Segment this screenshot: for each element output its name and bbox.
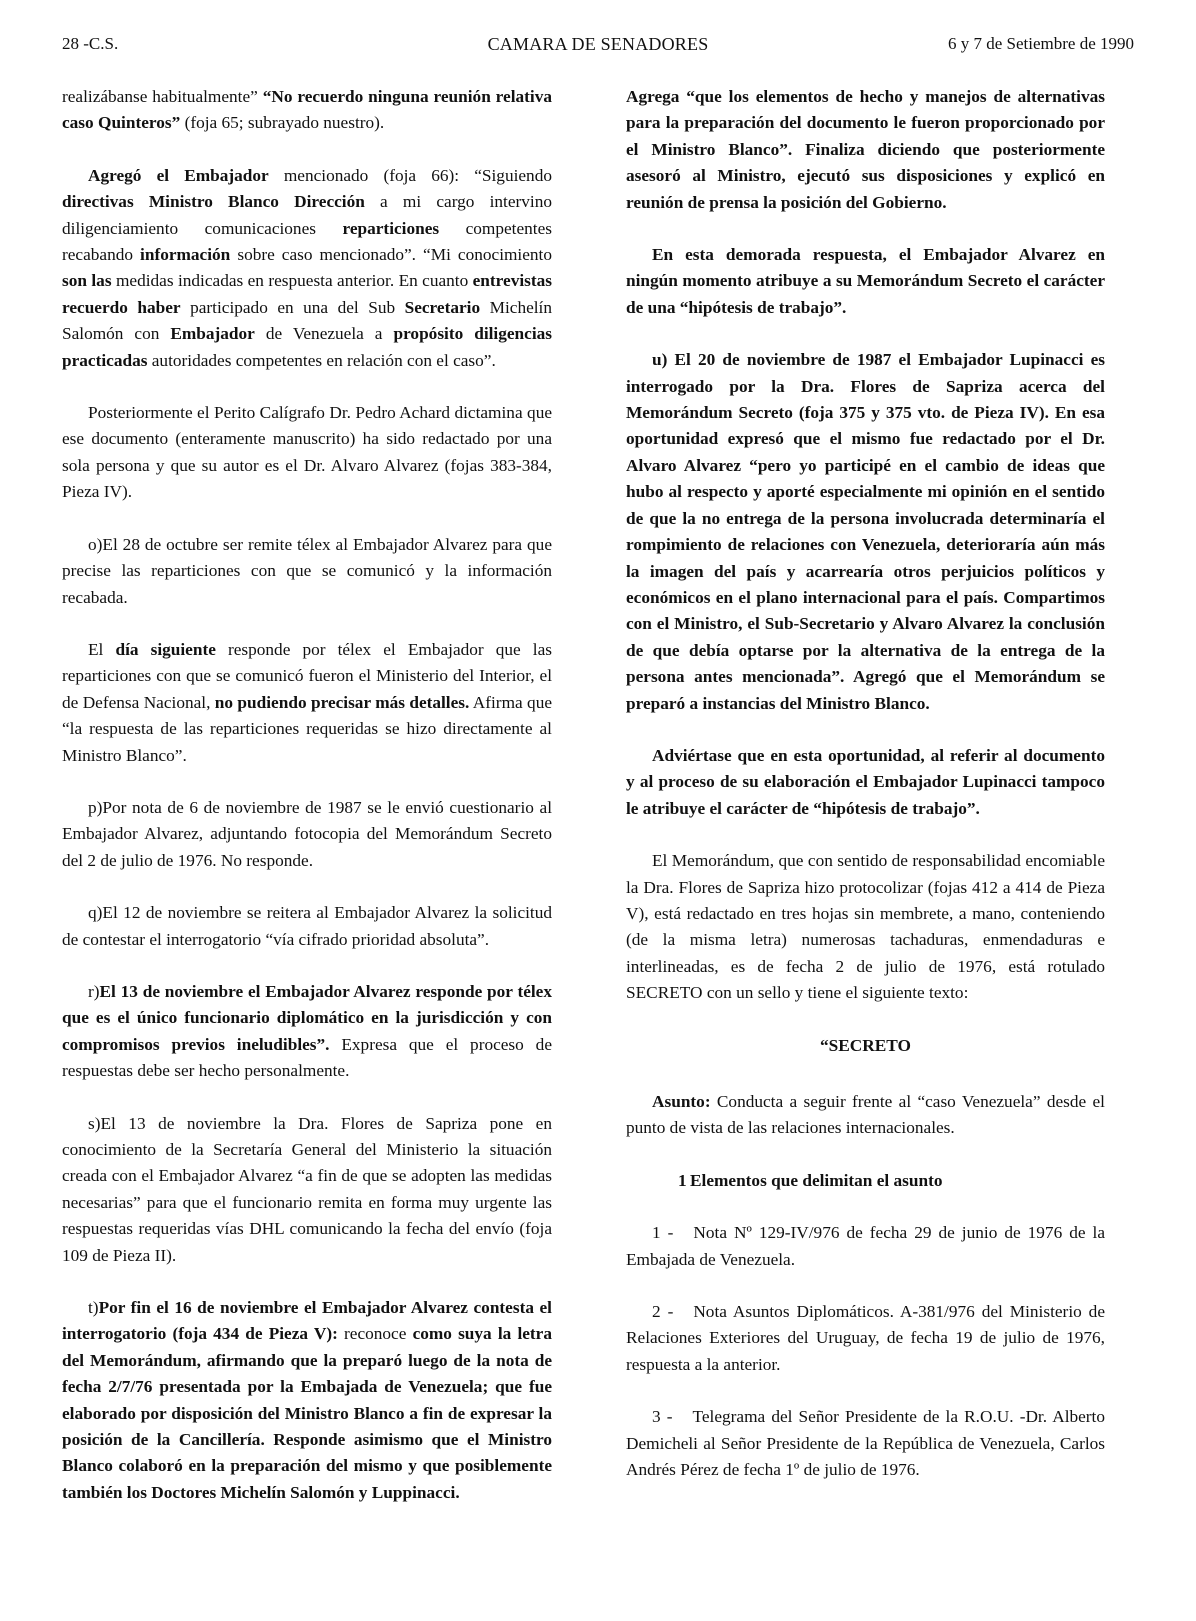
bold-text: Embajador <box>170 324 255 343</box>
document-item-list: 1 -Nota Nº 129-IV/976 de fecha 29 de jun… <box>626 1220 1105 1483</box>
item-text: Nota Asuntos Diplomáticos. A-381/976 del… <box>626 1302 1105 1374</box>
text: reconoce <box>338 1324 413 1343</box>
right-paragraphs: Agrega “que los elementos de hecho y man… <box>626 84 1105 1007</box>
text: q)El 12 de noviembre se reitera al Embaj… <box>62 903 552 948</box>
bold-text: En esta demorada respuesta, el Embajador… <box>626 245 1105 317</box>
bold-text: Agregó el Embajador <box>88 166 269 185</box>
document-item: 3 -Telegrama del Señor Presidente de la … <box>626 1404 1105 1483</box>
text: El Memorándum, que con sentido de respon… <box>626 851 1105 1002</box>
session-date: 6 y 7 de Setiembre de 1990 <box>948 34 1134 54</box>
secreto-heading: “SECRETO <box>626 1033 1105 1059</box>
bold-text: reparticiones <box>342 219 439 238</box>
asunto-label: Asunto: <box>652 1092 711 1111</box>
text: s)El 13 de noviembre la Dra. Flores de S… <box>62 1114 552 1265</box>
bold-text: no pudiendo precisar más detalles. <box>215 693 470 712</box>
text: r) <box>88 982 100 1001</box>
text: Posteriormente el Perito Calígrafo Dr. P… <box>62 403 552 501</box>
paragraph: u) El 20 de noviembre de 1987 el Embajad… <box>626 347 1105 717</box>
text: de Venezuela a <box>255 324 394 343</box>
text: t) <box>88 1298 99 1317</box>
bold-text: Agrega “que los elementos de hecho y man… <box>626 87 1105 212</box>
item-number: 1 - <box>652 1223 673 1242</box>
bold-text: día siguiente <box>115 640 215 659</box>
text: medidas indicadas en respuesta anterior.… <box>112 271 473 290</box>
bold-text: u) El 20 de noviembre de 1987 el Embajad… <box>626 350 1105 712</box>
text: El <box>88 640 115 659</box>
paragraph: s)El 13 de noviembre la Dra. Flores de S… <box>62 1111 552 1269</box>
asunto-paragraph: Asunto: Conducta a seguir frente al “cas… <box>626 1089 1105 1142</box>
document-item: 1 -Nota Nº 129-IV/976 de fecha 29 de jun… <box>626 1220 1105 1273</box>
paragraph: En esta demorada respuesta, el Embajador… <box>626 242 1105 321</box>
text: p)Por nota de 6 de noviembre de 1987 se … <box>62 798 552 870</box>
text: o)El 28 de octubre ser remite télex al E… <box>62 535 552 607</box>
paragraph: El Memorándum, que con sentido de respon… <box>626 848 1105 1006</box>
section-heading: 1Elementos que delimitan el asunto <box>626 1168 1105 1194</box>
item-number: 2 - <box>652 1302 673 1321</box>
document-item: 2 -Nota Asuntos Diplomáticos. A-381/976 … <box>626 1299 1105 1378</box>
paragraph: realizábanse habitualmente” “No recuerdo… <box>62 84 552 137</box>
text: sobre caso mencionado”. “Mi conocimiento <box>230 245 552 264</box>
bold-text: Adviértase que en esta oportunidad, al r… <box>626 746 1105 818</box>
paragraph: o)El 28 de octubre ser remite télex al E… <box>62 532 552 611</box>
paragraph: Adviértase que en esta oportunidad, al r… <box>626 743 1105 822</box>
text: participado en una del Sub <box>181 298 405 317</box>
bold-text: como suya la letra del Memorándum, afirm… <box>62 1324 552 1501</box>
text: (foja 65; subrayado nuestro). <box>180 113 384 132</box>
paragraph: Agregó el Embajador mencionado (foja 66)… <box>62 163 552 374</box>
paragraph: r)El 13 de noviembre el Embajador Alvare… <box>62 979 552 1085</box>
left-column: realizábanse habitualmente” “No recuerdo… <box>62 84 552 1532</box>
paragraph: t)Por fin el 16 de noviembre el Embajado… <box>62 1295 552 1506</box>
bold-text: Secretario <box>405 298 481 317</box>
text: mencionado (foja 66): “Siguiendo <box>269 166 552 185</box>
paragraph: El día siguiente responde por télex el E… <box>62 637 552 769</box>
item-text: Nota Nº 129-IV/976 de fecha 29 de junio … <box>626 1223 1105 1268</box>
section-title: Elementos que delimitan el asunto <box>690 1171 943 1190</box>
bold-text: información <box>140 245 230 264</box>
paragraph: q)El 12 de noviembre se reitera al Embaj… <box>62 900 552 953</box>
text: autoridades competentes en relación con … <box>147 351 495 370</box>
right-column: Agrega “que los elementos de hecho y man… <box>626 84 1105 1509</box>
bold-text: son las <box>62 271 112 290</box>
paragraph: Agrega “que los elementos de hecho y man… <box>626 84 1105 216</box>
bold-text: directivas Ministro Blanco Dirección <box>62 192 365 211</box>
item-text: Telegrama del Señor Presidente de la R.O… <box>626 1407 1105 1479</box>
item-number: 3 - <box>652 1407 673 1426</box>
page-header: 28 -C.S. CAMARA DE SENADORES 6 y 7 de Se… <box>0 34 1196 64</box>
text: realizábanse habitualmente” <box>62 87 263 106</box>
paragraph: p)Por nota de 6 de noviembre de 1987 se … <box>62 795 552 874</box>
paragraph: Posteriormente el Perito Calígrafo Dr. P… <box>62 400 552 506</box>
section-number: 1 <box>652 1168 690 1194</box>
